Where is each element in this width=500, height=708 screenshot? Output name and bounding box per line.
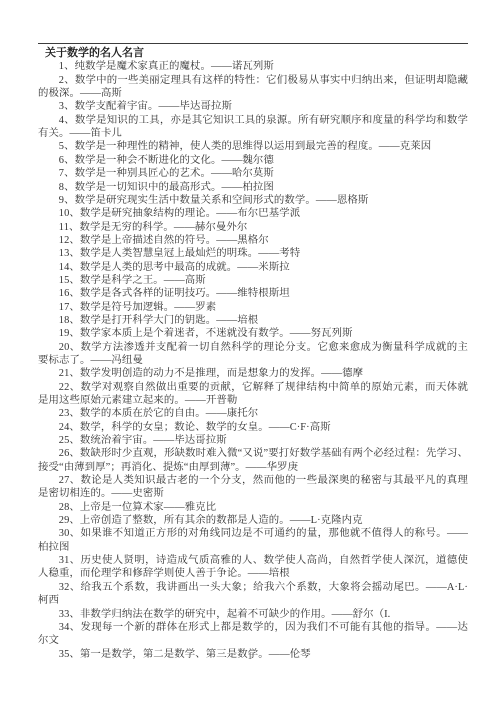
quote-item: 24、数学，科学的女皇；数论、数学的女皇。——C·F·高斯 [38,421,468,434]
quote-item: 11、数学是无穷的科学。——赫尔曼外尔 [38,221,468,234]
quote-item: 20、数学方法渗透并支配着一切自然科学的理论分支。它愈来愈成为衡量科学成就的主要… [38,341,468,368]
quote-item: 14、数学是人类的思考中最高的成就。——米斯拉 [38,261,468,274]
quote-item: 1、纯数学是魔术家真正的魔杖。——诺瓦列斯 [38,60,468,73]
quote-item: 15、数学是科学之王。——高斯 [38,274,468,287]
quote-item: 7、数学是一种别具匠心的艺术。——哈尔莫斯 [38,167,468,180]
quote-item: 26、数缺形时少直观，形缺数时难入微“又说”要打好数学基础有两个必经过程：先学习… [38,447,468,474]
quote-item: 4、数学是知识的工具，亦是其它知识工具的泉源。所有研究顺序和度量的科学均和数学有… [38,114,468,141]
quote-item: 27、数论是人类知识最古老的一个分支，然而他的一些最深奥的秘密与其最平凡的真理是… [38,474,468,501]
quote-item: 9、数学是研究现实生活中数量关系和空间形式的数学。——恩格斯 [38,194,468,207]
document-content: 关于数学的名人名言 1、纯数学是魔术家真正的魔杖。——诺瓦列斯2、数学中的一些美… [38,43,468,661]
quote-item: 30、如果谁不知道正方形的对角线同边是不可通约的量，那他就不值得人的称号。——柏… [38,527,468,554]
quote-list: 1、纯数学是魔术家真正的魔杖。——诺瓦列斯2、数学中的一些美丽定理具有这样的特性… [38,60,468,660]
quote-item: 2、数学中的一些美丽定理具有这样的特性：它们极易从事实中归纳出来，但证明却隐藏的… [38,74,468,101]
quote-item: 12、数学是上帝描述自然的符号。——黑格尔 [38,234,468,247]
quote-item: 32、给我五个系数，我讲画出一头大象；给我六个系数，大象将会摇动尾巴。——A·L… [38,581,468,608]
quote-item: 5、数学是一种理性的精神，使人类的思维得以运用到最完善的程度。——克莱因 [38,140,468,153]
quote-item: 3、数学支配着宇宙。——毕达哥拉斯 [38,100,468,113]
quote-item: 10、数学是研究抽象结构的理论。——布尔巴基学派 [38,207,468,220]
quote-item: 8、数学是一切知识中的最高形式。——柏拉图 [38,181,468,194]
page-number: 1 [0,652,500,662]
quote-item: 29、上帝创造了整数，所有其余的数都是人造的。——L·克隆内克 [38,514,468,527]
quote-item: 18、数学是打开科学大门的钥匙。——培根 [38,314,468,327]
quote-item: 28、上帝是一位算术家——雅克比 [38,501,468,514]
quote-item: 6、数学是一种会不断进化的文化。——魏尔德 [38,154,468,167]
quote-item: 31、历史使人贤明，诗造成气质高雅的人、数学使人高尚，自然哲学使人深沉，道德使人… [38,554,468,581]
quote-item: 17、数学是符号加逻辑。——罗素 [38,301,468,314]
quote-item: 22、数学对观察自然做出重要的贡献，它解释了规律结构中简单的原始元素，而天体就是… [38,381,468,408]
page-title: 关于数学的名人名言 [45,47,468,60]
quote-item: 34、发现每一个新的群体在形式上都是数学的，因为我们不可能有其他的指导。——达尔… [38,621,468,648]
quote-item: 21、数学发明创造的动力不是推理，而是想象力的发挥。——德摩 [38,367,468,380]
quote-item: 19、数学家本质上是个着迷者，不迷就没有数学。——努瓦列斯 [38,327,468,340]
quote-item: 33、非数学归纳法在数学的研究中，起着不可缺少的作用。——舒尔（I. [38,608,468,621]
quote-item: 13、数学是人类智慧皇冠上最灿烂的明珠。——考特 [38,247,468,260]
quote-item: 23、数学的本质在於它的自由。——康托尔 [38,407,468,420]
quote-item: 25、数统治着宇宙。——毕达哥拉斯 [38,434,468,447]
quote-item: 16、数学是各式各样的证明技巧。——维特根斯坦 [38,287,468,300]
document-page: 关于数学的名人名言 1、纯数学是魔术家真正的魔杖。——诺瓦列斯2、数学中的一些美… [0,0,500,708]
